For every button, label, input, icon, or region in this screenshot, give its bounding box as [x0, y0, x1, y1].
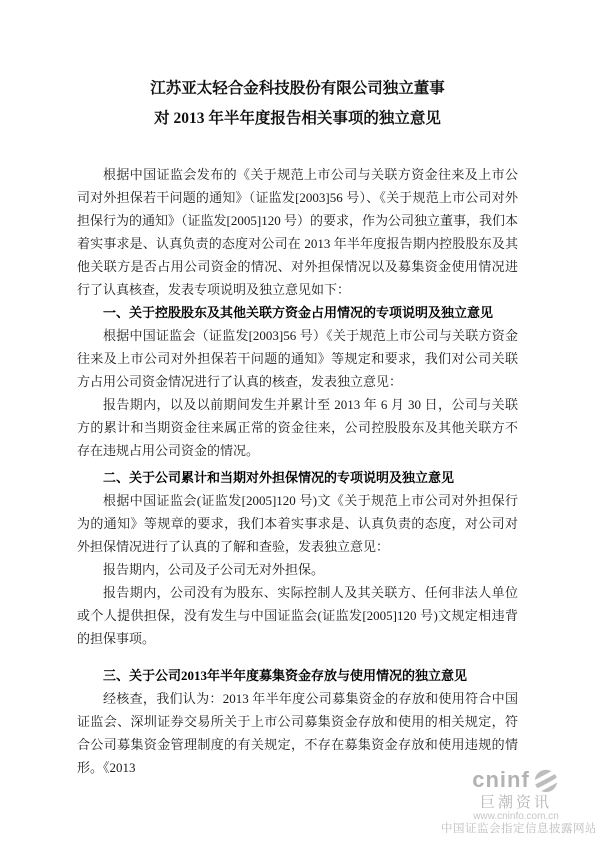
document-title-line1: 江苏亚太轻合金科技股份有限公司独立董事 — [0, 74, 595, 104]
document-title: 江苏亚太轻合金科技股份有限公司独立董事 对 2013 年半年度报告相关事项的独立… — [0, 74, 595, 134]
paragraph-section1-basis: 根据中国证监会（证监发[2003]56 号）《关于规范上市公司与关联方资金往来及… — [77, 324, 518, 393]
paragraph-section2-opinion: 报告期内，公司没有为股东、实际控制人及其关联方、任何非法人单位或个人提供担保，没… — [77, 581, 518, 650]
cninfo-logo-text: cninf — [472, 769, 530, 791]
section-heading-1: 一、关于控股股东及其他关联方资金占用情况的专项说明及独立意见 — [77, 301, 518, 324]
document-title-line2: 对 2013 年半年度报告相关事项的独立意见 — [0, 104, 595, 134]
section-heading-2: 二、关于公司累计和当期对外担保情况的专项说明及独立意见 — [77, 466, 518, 489]
paragraph-section1-opinion: 报告期内，以及以前期间发生并累计至 2013 年 6 月 30 日，公司与关联方… — [77, 393, 518, 462]
cninfo-brand-name: 巨潮资讯 — [441, 794, 591, 811]
paragraph-section2-no-guarantee: 报告期内，公司及子公司无对外担保。 — [77, 558, 518, 581]
section-heading-3: 三、关于公司2013年半年度募集资金存放与使用情况的独立意见 — [77, 664, 518, 687]
cninfo-logo: cninf — [441, 766, 591, 794]
cninfo-watermark: cninf 巨潮资讯 www.cninfo.com.cn 中国证监会指定信息披露… — [441, 766, 591, 836]
paragraph-section2-basis: 根据中国证监会(证监发[2005]120 号)文《关于规范上市公司对外担保行为的… — [77, 489, 518, 558]
paragraph-intro: 根据中国证监会发布的《关于规范上市公司与关联方资金往来及上市公司对外担保若干问题… — [77, 163, 518, 301]
cninfo-url: www.cninfo.com.cn — [441, 811, 591, 822]
cninfo-swoosh-icon — [532, 766, 560, 794]
document-body: 根据中国证监会发布的《关于规范上市公司与关联方资金往来及上市公司对外担保若干问题… — [77, 163, 518, 779]
cninfo-tagline: 中国证监会指定信息披露网站 — [441, 822, 591, 836]
document-page: 江苏亚太轻合金科技股份有限公司独立董事 对 2013 年半年度报告相关事项的独立… — [0, 0, 595, 842]
